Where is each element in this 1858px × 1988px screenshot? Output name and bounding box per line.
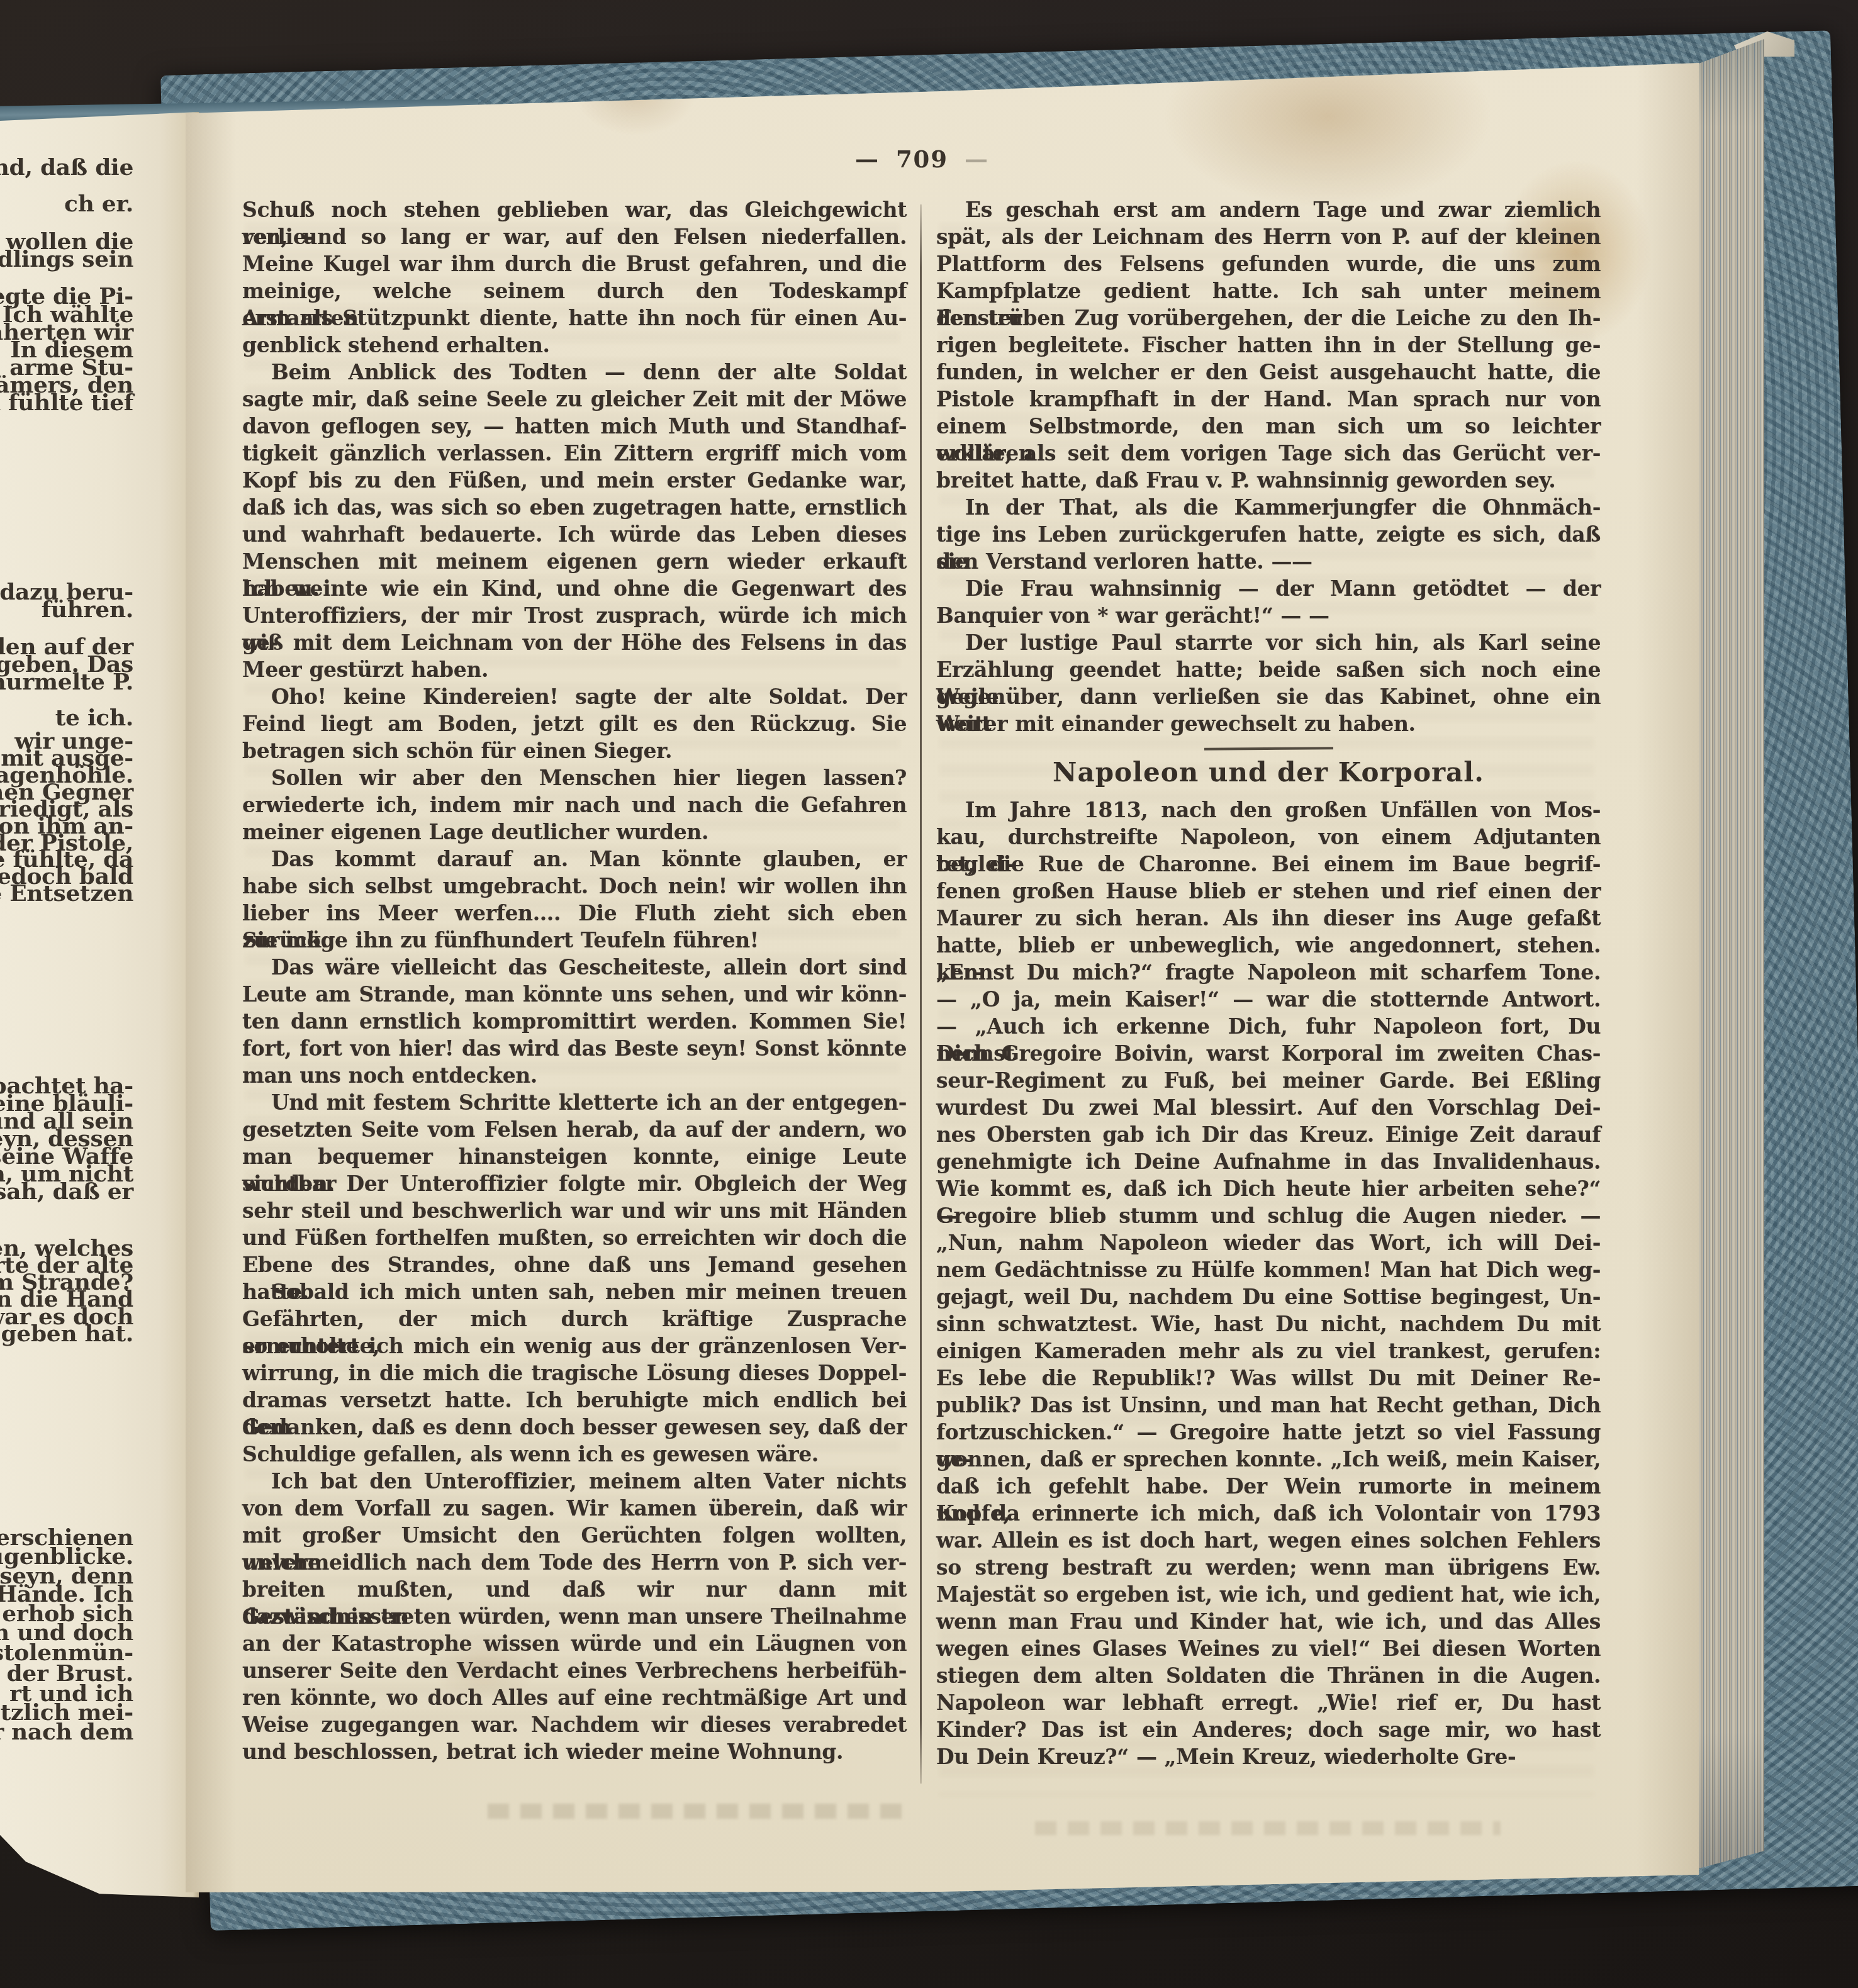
book-scan: and, daß diech er.wollen diendlings sein… — [0, 0, 1858, 1988]
text-line: fort, fort von hier! das wird das Beste … — [242, 1035, 907, 1062]
text-line: tigkeit gänzlich verlassen. Ein Zittern … — [242, 440, 907, 467]
text-line: an der Katastrophe wissen würde und ein … — [242, 1630, 907, 1657]
text-line: seur-Regiment zu Fuß, bei meiner Garde. … — [936, 1067, 1601, 1094]
text-line: kennst Du mich?“ fragte Napoleon mit sch… — [936, 959, 1601, 986]
text-line: Im Jahre 1813, nach den großen Unfällen … — [936, 796, 1601, 824]
text-line: tet, die Rue de Charonne. Bei einem im B… — [936, 851, 1601, 878]
text-line: dramas versetzt hatte. Ich beruhigte mic… — [242, 1387, 907, 1414]
facing-text-fragment: murmelte P. — [0, 669, 133, 695]
text-line: Oho! keine Kindereien! sagte der alte So… — [242, 683, 907, 710]
text-line: einem Selbstmorde, den man sich um so le… — [936, 413, 1601, 440]
left-column: Schuß noch stehen geblieben war, das Gle… — [242, 196, 907, 1765]
text-line: Leute am Strande, man könnte uns sehen, … — [242, 981, 907, 1008]
text-line: ren, und so lang er war, auf den Felsen … — [242, 223, 907, 250]
article-text: Im Jahre 1813, nach den großen Unfällen … — [936, 796, 1601, 1770]
text-line: Unteroffiziers, der mir Trost zusprach, … — [242, 602, 907, 629]
text-line: wegen eines Glases Weines zu viel!“ Bei … — [936, 1635, 1601, 1662]
text-line: Feind liegt am Boden, jetzt gilt es den … — [242, 710, 907, 737]
text-line: von dem Vorfall zu sagen. Wir kamen über… — [242, 1495, 907, 1522]
text-line: gejagt, weil Du, nachdem Du eine Sottise… — [936, 1283, 1601, 1310]
text-line: wollte, als seit dem vorigen Tage sich d… — [936, 440, 1601, 467]
text-line: sinn schwatztest. Wie, hast Du nicht, na… — [936, 1310, 1601, 1337]
text-line: so erholte ich mich ein wenig aus der gr… — [242, 1332, 907, 1360]
text-line: breitet hatte, daß Frau v. P. wahnsinnig… — [936, 467, 1601, 494]
text-line: fortzuschicken.“ — Gregoire hatte jetzt … — [936, 1419, 1601, 1446]
text-line: dazwischen treten würden, wenn man unser… — [242, 1603, 907, 1630]
text-line: hatte, blieb er unbeweglich, wie angedon… — [936, 932, 1601, 959]
text-line: Gefährten, der mich durch kräftige Zuspr… — [242, 1305, 907, 1332]
facing-text-fragment: and, daß die — [0, 155, 133, 180]
text-line: Meine Kugel war ihm durch die Brust gefa… — [242, 250, 907, 277]
text-line: Gedanken, daß es denn doch besser gewese… — [242, 1414, 907, 1441]
facing-text-fragment: sah, daß er — [0, 1179, 133, 1204]
text-line: Kopf bis zu den Füßen, und mein erster G… — [242, 467, 907, 494]
text-line: Die Frau wahnsinnig — der Mann getödtet … — [936, 575, 1601, 602]
text-line: habe sich selbst umgebracht. Doch nein! … — [242, 873, 907, 900]
text-line: Ebene des Strandes, ohne daß uns Jemand … — [242, 1251, 907, 1278]
text-line: erwiederte ich, indem mir nach und nach … — [242, 791, 907, 818]
text-line: Weise zugegangen war. Nachdem wir dieses… — [242, 1711, 907, 1738]
facing-text-fragment: führen. — [42, 597, 133, 622]
text-line: und wahrhaft bedauerte. Ich würde das Le… — [242, 521, 907, 548]
text-line: lieber ins Meer werfen.... Die Fluth zie… — [242, 900, 907, 927]
text-line: funden, in welcher er den Geist ausgehau… — [936, 359, 1601, 386]
text-line: Das kommt darauf an. Man könnte glauben,… — [242, 846, 907, 873]
text-line: Banquier von * war gerächt!“ — — — [936, 602, 1601, 629]
text-line: meiner eigenen Lage deutlicher wurden. — [242, 818, 907, 846]
text-line: In der That, als die Kammerjungfer die O… — [936, 494, 1601, 521]
text-line: Schuß noch stehen geblieben war, das Gle… — [242, 196, 907, 223]
article-title: Napoleon und der Korporal. — [936, 756, 1601, 789]
text-line: Das wäre vielleicht das Gescheiteste, al… — [242, 954, 907, 981]
text-line: breiten mußten, und daß wir nur dann mit… — [242, 1576, 907, 1603]
text-line: sehr steil und beschwerlich war und wir … — [242, 1197, 907, 1224]
text-line: tige ins Leben zurückgerufen hatte, zeig… — [936, 521, 1601, 548]
text-line: den Verstand verloren hatte. —— — [936, 548, 1601, 575]
facing-text-fragment: te Entsetzen — [0, 881, 133, 906]
page-number: 709 — [896, 145, 948, 173]
text-line: Sollen wir aber den Menschen hier liegen… — [242, 764, 907, 791]
bleed-through-line — [1035, 1821, 1501, 1835]
text-line: weiter mit einander gewechselt zu haben. — [936, 710, 1601, 737]
text-line: Meer gestürzt haben. — [242, 656, 907, 683]
text-line: davon geflogen sey, — hatten mich Muth u… — [242, 413, 907, 440]
text-line: ren könnte, wo doch Alles auf eine recht… — [242, 1684, 907, 1711]
text-line: gegenüber, dann verließen sie das Kabine… — [936, 683, 1601, 710]
text-line: Sobald ich mich unten sah, neben mir mei… — [242, 1278, 907, 1305]
text-line: gesetzten Seite vom Felsen herab, da auf… — [242, 1116, 907, 1143]
header-dash-right: — — [948, 145, 1005, 173]
text-line: fenen großen Hause blieb er stehen und r… — [936, 878, 1601, 905]
text-line: Plattform des Felsens gefunden wurde, di… — [936, 250, 1601, 277]
text-line: Arm als Stützpunkt diente, hatte ihn noc… — [242, 304, 907, 332]
text-line: einigen Kameraden mehr als zu viel trank… — [936, 1337, 1601, 1365]
text-line: war. Allein es ist doch hart, wegen eine… — [936, 1527, 1601, 1554]
text-line: kau, durchstreifte Napoleon, von einem A… — [936, 824, 1601, 851]
text-line: Napoleon war lebhaft erregt. „Wie! rief … — [936, 1689, 1601, 1716]
text-line: daß ich das, was sich so eben zugetragen… — [242, 494, 907, 521]
right-column: Es geschah erst am andern Tage und zwar … — [936, 196, 1601, 1770]
text-line: Ich bat den Unteroffizier, meinem alten … — [242, 1468, 907, 1495]
text-line: man uns noch entdecken. — [242, 1062, 907, 1089]
text-line: wurden. Der Unteroffizier folgte mir. Ob… — [242, 1170, 907, 1197]
facing-text-fragment: gegeben hat. — [0, 1321, 133, 1346]
text-line: Beim Anblick des Todten — denn der alte … — [242, 359, 907, 386]
page-number-header: —709— — [165, 145, 1679, 173]
text-line: wirrung, in die mich die tragische Lösun… — [242, 1360, 907, 1387]
text-line: Und mit festem Schritte kletterte ich an… — [242, 1089, 907, 1116]
text-line: mit großer Umsicht den Gerüchten folgen … — [242, 1522, 907, 1549]
facing-text-fragment: ndlings sein — [0, 247, 133, 272]
text-line: ten dann ernstlich kompromittirt werden.… — [242, 1008, 907, 1035]
text-line: Kinder? Das ist ein Anderes; doch sage m… — [936, 1716, 1601, 1743]
text-line: Gregoire blieb stumm und schlug die Auge… — [936, 1202, 1601, 1229]
text-line: daß ich gefehlt habe. Der Wein rumorte i… — [936, 1473, 1601, 1500]
text-line: genehmigte ich Deine Aufnahme in das Inv… — [936, 1148, 1601, 1175]
text-line: — „Auch ich erkenne Dich, fuhr Napoleon … — [936, 1013, 1601, 1040]
text-line: Kampfplatze gedient hatte. Ich sah unter… — [936, 277, 1601, 304]
text-line: Majestät so ergeben ist, wie ich, und ge… — [936, 1581, 1601, 1608]
text-line: Es geschah erst am andern Tage und zwar … — [936, 196, 1601, 223]
text-line: stiegen dem alten Soldaten die Thränen i… — [936, 1662, 1601, 1689]
facing-text-fragment: ch er. — [64, 191, 133, 216]
text-line: so streng bestraft zu werden; wenn man ü… — [936, 1554, 1601, 1581]
text-line: publik? Das ist Unsinn, und man hat Rech… — [936, 1392, 1601, 1419]
facing-text-fragment: ch fühlte tief — [0, 390, 133, 415]
text-line: „Nun, nahm Napoleon wieder das Wort, ich… — [936, 1229, 1601, 1256]
text-line: Ich weinte wie ein Kind, und ohne die Ge… — [242, 575, 907, 602]
text-line: Pistole krampfhaft in der Hand. Man spra… — [936, 386, 1601, 413]
text-line: wonnen, daß er sprechen konnte. „Ich wei… — [936, 1446, 1601, 1473]
text-line: den trüben Zug vorübergehen, der die Lei… — [936, 304, 1601, 332]
text-line: meinige, welche seinem durch den Todeska… — [242, 277, 907, 304]
text-line: wiß mit dem Leichnam von der Höhe des Fe… — [242, 629, 907, 656]
text-line: und Füßen forthelfen mußten, so erreicht… — [242, 1224, 907, 1251]
text-line: sagte mir, daß seine Seele zu gleicher Z… — [242, 386, 907, 413]
bleed-through-line — [488, 1804, 903, 1819]
facing-text-fragment: r nach dem — [0, 1719, 133, 1745]
section-separator-rule — [1204, 747, 1333, 750]
text-line: unvermeidlich nach dem Tode des Herrn vo… — [242, 1549, 907, 1576]
text-line: Schuldige gefallen, als wenn ich es gewe… — [242, 1441, 907, 1468]
text-line: und beschlossen, betrat ich wieder meine… — [242, 1738, 907, 1765]
text-line: genblick stehend erhalten. — [242, 332, 907, 359]
text-line: unserer Seite den Verdacht eines Verbrec… — [242, 1657, 907, 1684]
text-line: nem Gedächtnisse zu Hülfe kommen! Man ha… — [936, 1256, 1601, 1283]
text-line: Sie möge ihn zu fünfhundert Teufeln führ… — [242, 927, 907, 954]
text-line: man bequemer hinansteigen konnte, einige… — [242, 1143, 907, 1170]
facing-page-edge: and, daß diech er.wollen diendlings sein… — [0, 112, 199, 1897]
text-line: wurdest Du zwei Mal blessirt. Auf den Vo… — [936, 1094, 1601, 1121]
text-line: Erzählung geendet hatte; beide saßen sic… — [936, 656, 1601, 683]
text-line: rigen begleitete. Fischer hatten ihn in … — [936, 332, 1601, 359]
story-end-text: Es geschah erst am andern Tage und zwar … — [936, 196, 1601, 737]
text-line: spät, als der Leichnam des Herrn von P. … — [936, 223, 1601, 250]
header-dash-left: — — [839, 145, 896, 173]
text-line: Wie kommt es, daß ich Dich heute hier ar… — [936, 1175, 1601, 1202]
text-line: Dich Gregoire Boivin, warst Korporal im … — [936, 1040, 1601, 1067]
page-block-fore-edge — [1694, 39, 1764, 1879]
text-line: Menschen mit meinem eigenen gern wieder … — [242, 548, 907, 575]
text-line: Der lustige Paul starrte vor sich hin, a… — [936, 629, 1601, 656]
text-line: betragen sich schön für einen Sieger. — [242, 737, 907, 764]
text-line: Du Dein Kreuz?“ — „Mein Kreuz, wiederhol… — [936, 1743, 1601, 1770]
column-divider-rule — [920, 204, 922, 1784]
text-line: und da erinnerte ich mich, daß ich Volon… — [936, 1500, 1601, 1527]
book-page: —709— Schuß noch stehen geblieben war, d… — [186, 35, 1699, 1906]
text-line: Es lebe die Republik!? Was willst Du mit… — [936, 1365, 1601, 1392]
text-line: wenn man Frau und Kinder hat, wie ich, u… — [936, 1608, 1601, 1635]
text-line: Maurer zu sich heran. Als ihn dieser ins… — [936, 905, 1601, 932]
text-line: nes Obersten gab ich Dir das Kreuz. Eini… — [936, 1121, 1601, 1148]
text-line: — „O ja, mein Kaiser!“ — war die stotter… — [936, 986, 1601, 1013]
facing-text-fragment: te ich. — [55, 705, 133, 730]
